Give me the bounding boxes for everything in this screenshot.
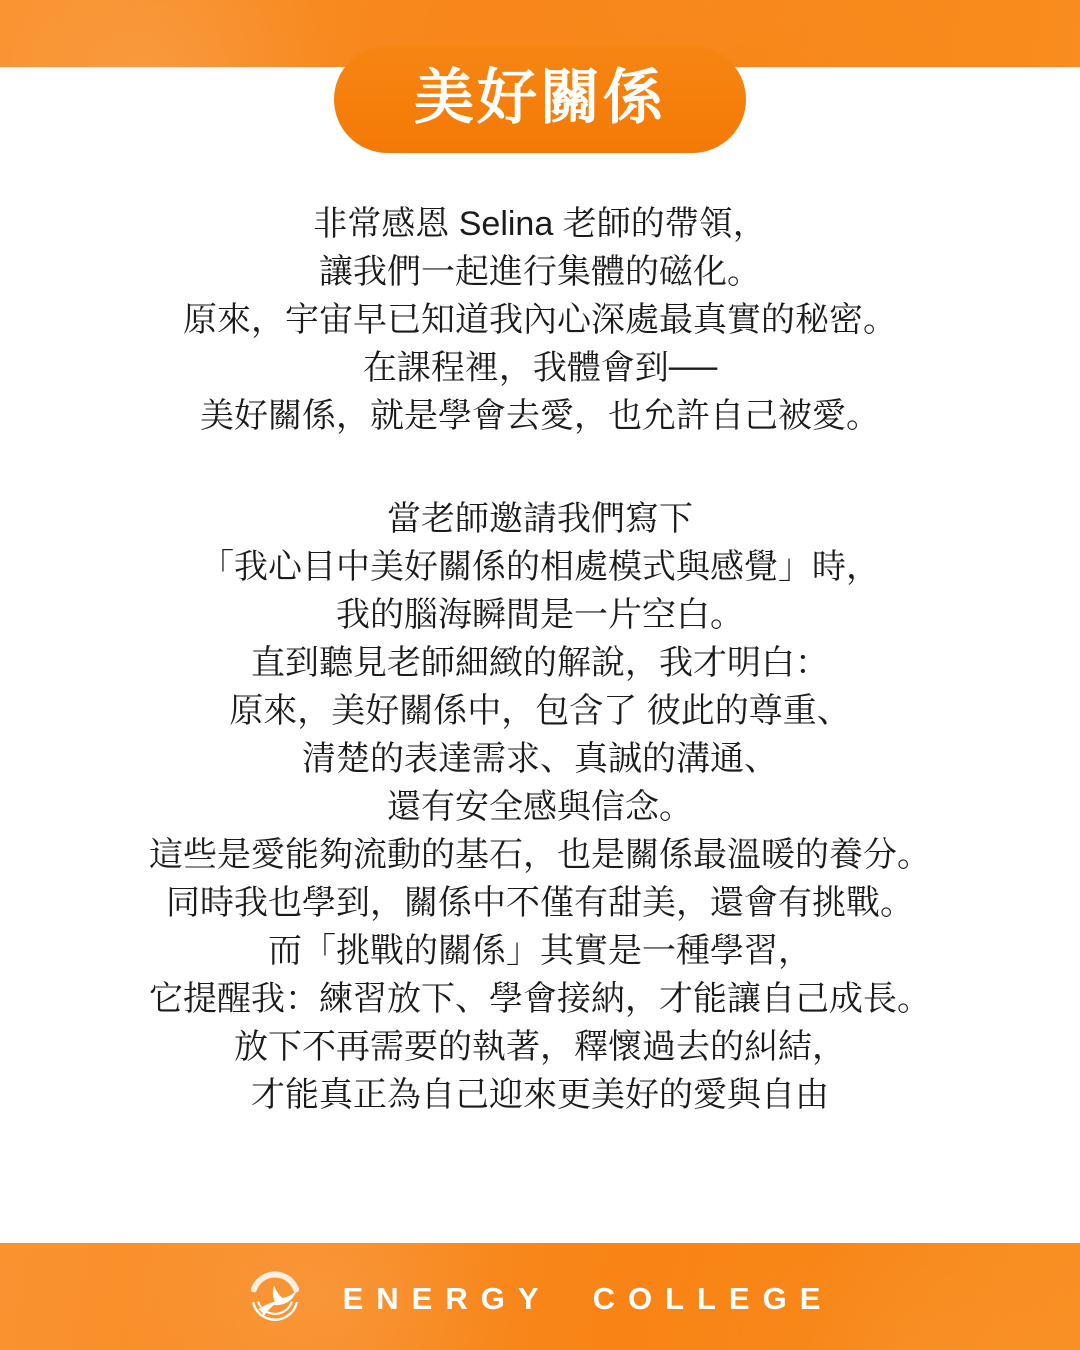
text-line: 非常感恩 Selina 老師的帶領， — [40, 200, 1040, 248]
text-line: 當老師邀請我們寫下 — [40, 495, 1040, 543]
text-line: 在課程裡，我體會到── — [40, 344, 1040, 392]
brand-row: ENERGY COLLEGE — [247, 1269, 834, 1325]
text-line: 讓我們一起進行集體的磁化。 — [40, 248, 1040, 296]
dove-in-circle-icon — [247, 1269, 303, 1325]
paragraph-2: 當老師邀請我們寫下 「我心目中美好關係的相處模式與感覺」時， 我的腦海瞬間是一片… — [40, 495, 1040, 1119]
body-text: 非常感恩 Selina 老師的帶領， 讓我們一起進行集體的磁化。 原來，宇宙早已… — [40, 200, 1040, 1119]
text-line: 直到聽見老師細緻的解說，我才明白： — [40, 639, 1040, 687]
text-line: 還有安全感與信念。 — [40, 783, 1040, 831]
text-line: 這些是愛能夠流動的基石，也是關係最溫暖的養分。 — [40, 831, 1040, 879]
page-title: 美好關係 — [414, 68, 666, 132]
brand-name: ENERGY COLLEGE — [343, 1279, 834, 1314]
poster: 美好關係 非常感恩 Selina 老師的帶領， 讓我們一起進行集體的磁化。 原來… — [0, 0, 1080, 1350]
text-line: 而「挑戰的關係」其實是一種學習， — [40, 927, 1040, 975]
text-line: 「我心目中美好關係的相處模式與感覺」時， — [40, 543, 1040, 591]
text-line: 我的腦海瞬間是一片空白。 — [40, 591, 1040, 639]
paragraph-1: 非常感恩 Selina 老師的帶領， 讓我們一起進行集體的磁化。 原來，宇宙早已… — [40, 200, 1040, 440]
text-line: 它提醒我：練習放下、學會接納，才能讓自己成長。 — [40, 975, 1040, 1023]
text-line: 美好關係，就是學會去愛，也允許自己被愛。 — [40, 392, 1040, 440]
text-line: 清楚的表達需求、真誠的溝通、 — [40, 735, 1040, 783]
title-badge: 美好關係 — [334, 46, 746, 153]
text-line: 放下不再需要的執著，釋懷過去的糾結， — [40, 1023, 1040, 1071]
text-line: 原來，宇宙早已知道我內心深處最真實的秘密。 — [40, 296, 1040, 344]
text-line: 原來，美好關係中，包含了 彼此的尊重、 — [40, 687, 1040, 735]
text-line: 才能真正為自己迎來更美好的愛與自由 — [40, 1071, 1040, 1119]
footer-banner: ENERGY COLLEGE — [0, 1243, 1080, 1350]
text-line: 同時我也學到，關係中不僅有甜美，還會有挑戰。 — [40, 879, 1040, 927]
